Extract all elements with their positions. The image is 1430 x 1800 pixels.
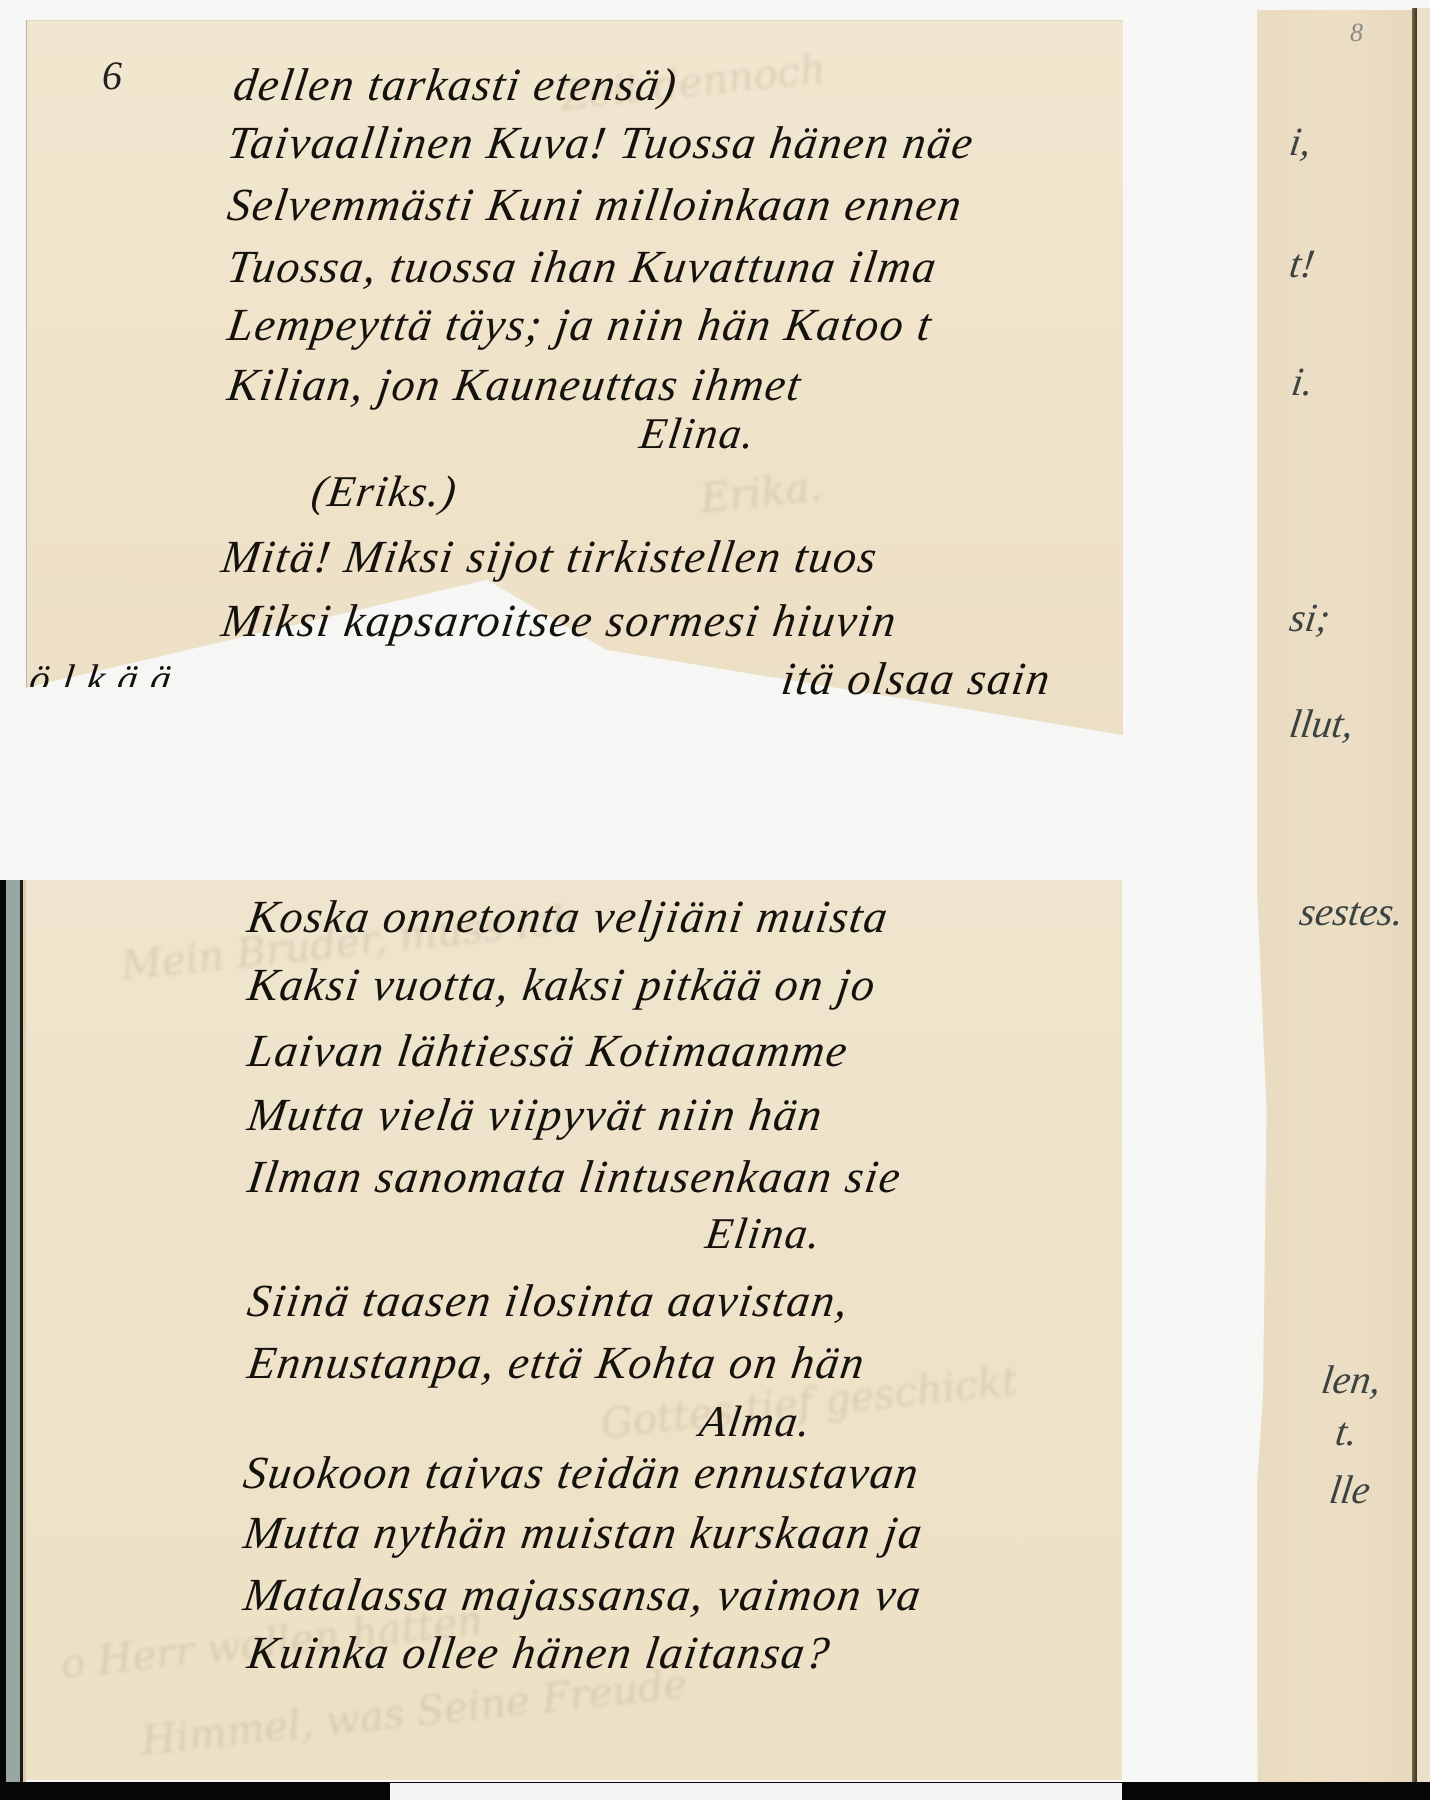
stage-direction: (Eriks.) — [308, 466, 460, 517]
manuscript-line: Suokoon taivas teidän ennustavan — [240, 1446, 923, 1499]
manuscript-line: Ilman sanomata lintusenkaan sie — [244, 1150, 905, 1203]
manuscript-line: Matalassa majassansa, vaimon va — [240, 1568, 925, 1621]
strip-line-tail: lle — [1327, 1466, 1374, 1513]
strip-line-tail: len, — [1319, 1356, 1384, 1403]
manuscript-line: Kuinka ollee hänen laitansa? — [244, 1626, 834, 1679]
page-number-pencil: 8 — [1350, 18, 1363, 48]
manuscript-line: Koska onnetonta veljiäni muista — [244, 890, 892, 943]
manuscript-line: Mutta vielä viipyvät niin hän — [244, 1088, 826, 1141]
manuscript-line: Kaksi vuotta, kaksi pitkää on jo — [244, 958, 879, 1011]
bottom-white-notch — [390, 1783, 1122, 1800]
manuscript-line: Mitä! Miksi sijot tirkistellen tuos — [218, 530, 881, 583]
strip-line-tail: sestes. — [1297, 888, 1407, 935]
manuscript-line-fragment: itä olsaa sain — [778, 652, 1054, 705]
left-binding-edge — [0, 880, 26, 1800]
manuscript-line: Laivan lähtiessä Kotimaamme — [244, 1024, 852, 1077]
speaker-name: Alma. — [696, 1396, 815, 1447]
strip-line-tail: llut, — [1287, 700, 1357, 747]
manuscript-line: dellen tarkasti etensä) — [230, 58, 681, 111]
manuscript-line: Miksi kapsaroitsee sormesi hiuvin — [218, 594, 901, 647]
strip-outer-edge — [1417, 8, 1430, 1785]
manuscript-line: Kilian, jon Kauneuttas ihmet — [224, 358, 805, 411]
speaker-name: Elina. — [636, 408, 758, 459]
page-number-ink: 6 — [102, 52, 122, 99]
vertical-white-gap — [1122, 0, 1257, 1800]
manuscript-line: Siinä taasen ilosinta aavistan, — [244, 1274, 853, 1327]
manuscript-line: Mutta nythän muistan kurskaan ja — [240, 1506, 927, 1559]
left-margin-fragment: ö l k ä ä — [27, 655, 176, 687]
manuscript-line: Taivaallinen Kuva! Tuossa hänen näe — [224, 116, 977, 169]
manuscript-line: Selvemmästi Kuni milloinkaan ennen — [224, 178, 966, 231]
manuscript-line: Tuossa, tuossa ihan Kuvattuna ilma — [224, 240, 941, 293]
strip-line-tail: si; — [1287, 594, 1334, 641]
speaker-name: Elina. — [702, 1208, 824, 1259]
manuscript-line: Ennustanpa, että Kohta on hän — [244, 1336, 869, 1389]
manuscript-line: Lempeyttä täys; ja niin hän Katoo t — [224, 298, 936, 351]
margin-fragment-clip: ö l k ä ä — [26, 655, 266, 687]
